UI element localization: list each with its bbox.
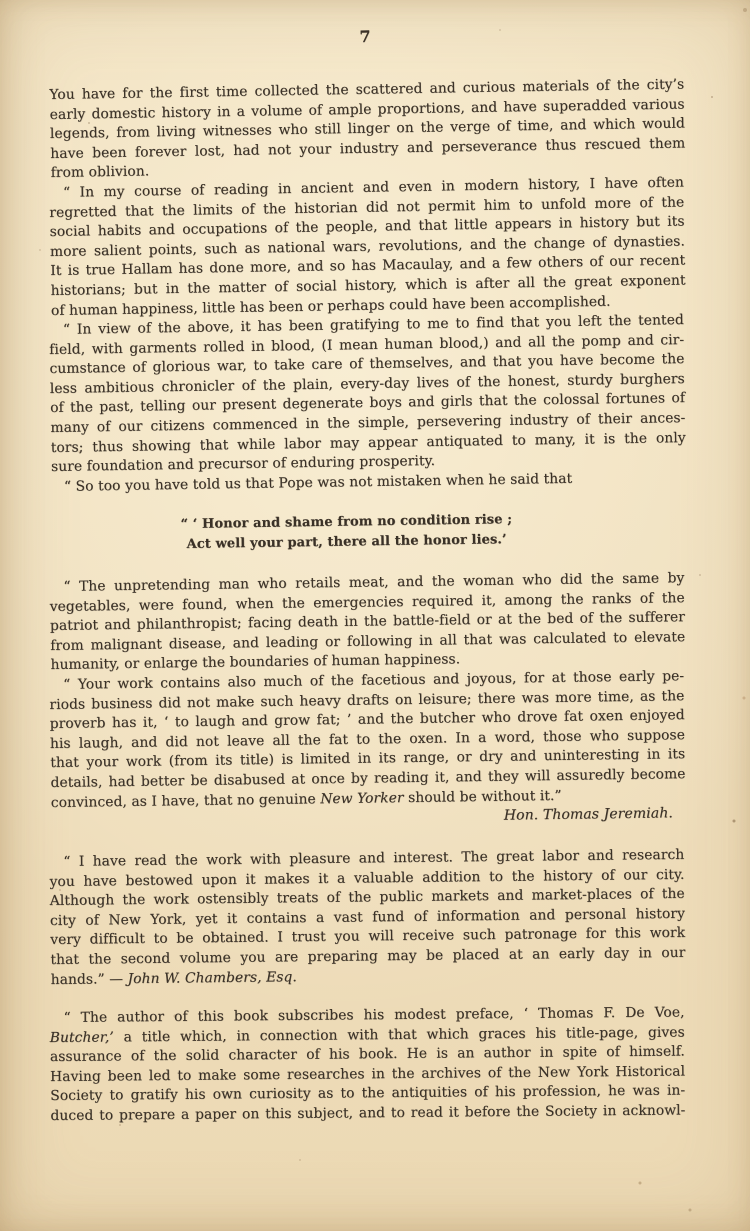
quote-paragraph-tented-field: “ In view of the above, it has been grat… <box>49 311 686 478</box>
text-segment: Society to gratify his own curiosity as … <box>50 1082 685 1104</box>
quote-paragraph-reading-history: “ In my course of reading in ancient and… <box>49 173 686 321</box>
opening-paragraph: You have for the first time collected th… <box>49 75 686 183</box>
book-page: 7 You have for the first time collected … <box>0 0 750 1231</box>
text-segment: from oblivion. <box>51 164 150 182</box>
text-segment: “ The author of this book subscribes his… <box>63 1004 684 1025</box>
chambers-paragraph: “ I have read the work with pleasure and… <box>49 846 686 990</box>
page-number: 7 <box>0 0 740 54</box>
text-segment: assurance of the solid character of his … <box>50 1043 685 1065</box>
text-segment: humanity, or enlarge the boundaries of h… <box>50 651 460 673</box>
devoe-paragraph: “ The author of this book subscribes his… <box>49 1003 685 1126</box>
text-segment: Act well your part, there all the honor … <box>186 532 506 552</box>
text-segment: should be without it.” <box>404 787 562 805</box>
text-segment: “ ‘ Honor and shame from no condition ri… <box>180 513 512 533</box>
text-segment: a title which, in connection with that w… <box>114 1024 685 1045</box>
text-segment: John W. Chambers, Esq. <box>127 969 296 987</box>
text-segment: duced to prepare a paper on this subject… <box>50 1102 685 1124</box>
pope-verse: “ ‘ Honor and shame from no condition ri… <box>50 508 686 557</box>
text-segment: Hon. Thomas Jeremiah. <box>504 805 673 823</box>
text-segment: New Yorker <box>320 789 404 806</box>
text-segment: hands.” — <box>51 971 128 988</box>
quote-paragraph-facetious: “ Your work contains also much of the fa… <box>49 667 686 813</box>
text-segment: Butcher,’ <box>50 1029 114 1046</box>
text-block: You have for the first time collected th… <box>0 48 685 1126</box>
paper-speckles <box>0 0 2 2</box>
quote-paragraph-unpretending-man: “ The unpretending man who retails meat,… <box>49 569 685 676</box>
text-segment: convinced, as I have, that no genuine <box>51 790 321 810</box>
